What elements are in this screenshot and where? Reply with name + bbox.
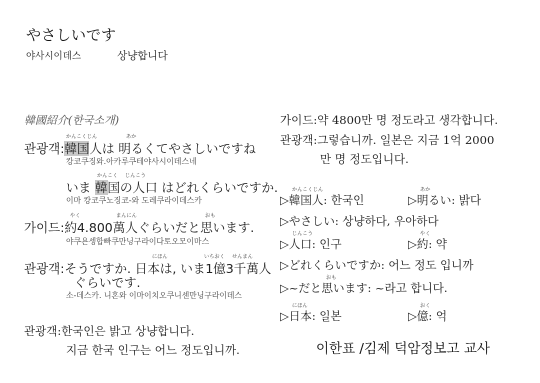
dialogue-line: 가이드:約4.800萬人ぐらいだと思います. xyxy=(24,218,254,236)
dialogue-line: 관광객:そうですか. 日本は, いま1億3千萬人 xyxy=(24,259,271,277)
dialogue-text: 国の人口 はどれくらいですか. xyxy=(108,180,278,195)
speaker-label: 가이드: xyxy=(24,220,64,235)
pronunciation: 소-데스카. 니혼와 이마이치오쿠니센만닝구라이데스 xyxy=(66,290,242,301)
reading-text: 야사시이데스 xyxy=(26,51,81,62)
speaker-label: 관광객: xyxy=(24,141,64,156)
dialogue-text: 약 4800만 명 정도라고 생각합니다. xyxy=(317,113,498,127)
dialogue-line-cont: 지금 한국 인구는 어느 정도입니까. xyxy=(66,342,240,358)
pronunciation: 캉코쿠징와.아카루쿠테야사시이데스네 xyxy=(66,156,197,167)
glossary-item: ▷~だと思います: ~라고 합니다. xyxy=(280,280,448,296)
pronunciation: 이마 캉코쿠노징코-와 도레쿠라이데스카 xyxy=(66,195,202,206)
dialogue-line: いま 韓国の人口 はどれくらいですか. xyxy=(66,178,278,196)
speaker-label: 관광객: xyxy=(24,261,64,276)
dialogue-line: 관광객:한국인은 밝고 상냥합니다. xyxy=(24,323,194,339)
dialogue-text: いま xyxy=(66,180,95,195)
speaker-label: 가이드: xyxy=(280,113,317,127)
author-credit: 이한표 /김제 덕암정보고 교사 xyxy=(316,337,490,357)
page-title: やさしいです xyxy=(26,24,116,45)
speaker-label: 관광객: xyxy=(24,324,61,338)
meaning-text: 상냥합니다 xyxy=(117,50,168,62)
highlighted-text: 韓 xyxy=(95,180,108,195)
dialogue-line: 가이드:약 4800만 명 정도라고 생각합니다. xyxy=(280,112,498,128)
dialogue-text: 約4.800萬人ぐらいだと思います. xyxy=(64,220,254,235)
dialogue-line: 관광객:韓国人は 明るくてやさしいですね xyxy=(24,139,256,157)
glossary-item: ▷億: 억 xyxy=(408,308,447,324)
pronunciation: 야쿠욘셍합빠쿠만닝구라이다토오모이마스 xyxy=(66,236,209,247)
section-title: 韓國紹介(한국소개) xyxy=(24,112,119,128)
dialogue-text: 그렇습니까. 일본은 지금 1억 2000 xyxy=(317,133,494,147)
dialogue-text: 한국인은 밝고 상냥합니다. xyxy=(61,324,194,338)
highlighted-text: 韓国 xyxy=(64,141,89,156)
glossary-item: ▷明るい: 밝다 xyxy=(408,192,481,208)
glossary-item: ▷人口: 인구 xyxy=(280,236,342,252)
glossary-item: ▷日本: 일본 xyxy=(280,308,342,324)
dialogue-text: 人は 明るくてやさしいですね xyxy=(89,141,255,156)
glossary-item: ▷約: 약 xyxy=(408,236,447,252)
speaker-label: 관광객: xyxy=(280,133,317,147)
subtitle: 야사시이데스상냥합니다 xyxy=(26,48,168,63)
dialogue-line: 관광객:그렇습니까. 일본은 지금 1억 2000 xyxy=(280,132,494,148)
dialogue-line-cont: 만 명 정도입니다. xyxy=(320,151,409,167)
glossary-item: ▷やさしい: 상냥하다, 우아하다 xyxy=(280,213,439,229)
dialogue-line-cont: ぐらいです. xyxy=(74,273,140,291)
glossary-item: ▷どれくらいですか: 어느 정도 입니까 xyxy=(280,257,473,273)
glossary-item: ▷韓国人: 한국인 xyxy=(280,192,364,208)
